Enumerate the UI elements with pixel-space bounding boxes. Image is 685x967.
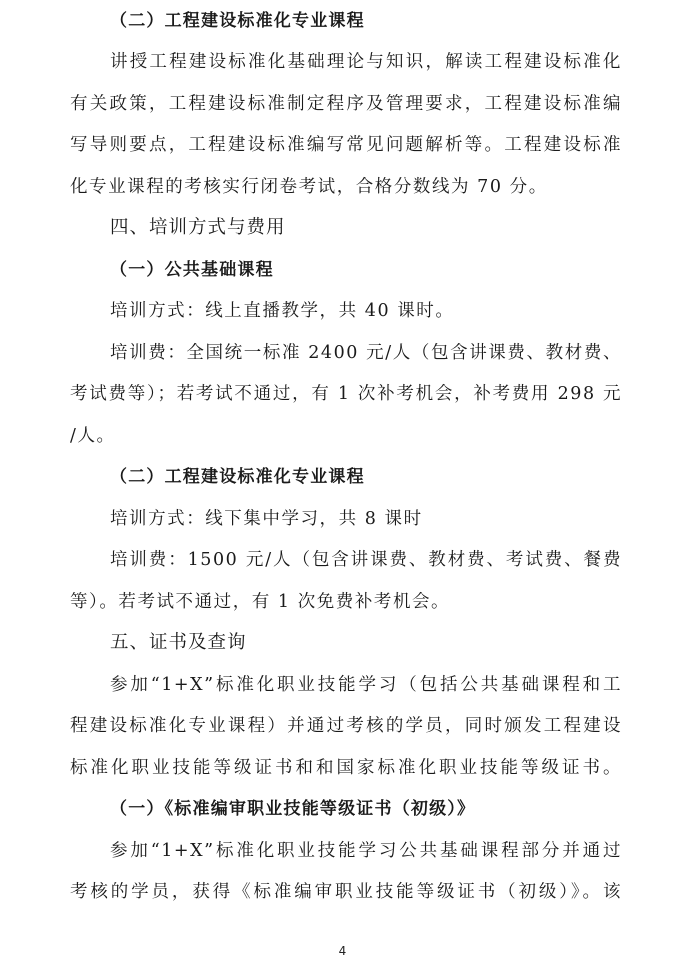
subheading-engineering-course: （二）工程建设标准化专业课程 [110,9,662,33]
paragraph-line: 程建设标准化专业课程）并通过考核的学员，同时颁发工程建设 [70,714,622,738]
paragraph-line: 有关政策，工程建设标准制定程序及管理要求，工程建设标准编 [70,92,622,116]
paragraph-line: 标准化职业技能等级证书和和国家标准化职业技能等级证书。 [70,756,622,780]
subheading-engineering-course: （二）工程建设标准化专业课程 [110,465,662,489]
page-number: 4 [0,944,685,958]
training-method: 培训方式：线下集中学习，共 8 课时 [110,507,622,531]
subheading-public-course: （一）公共基础课程 [110,258,662,282]
training-fee-line: 培训费：全国统一标准 2400 元/人（包含讲课费、教材费、 [110,341,622,365]
subheading-certificate-junior: （一）《标准编审职业技能等级证书（初级）》 [110,797,662,821]
section-heading-certificate: 五、证书及查询 [110,631,622,655]
training-fee-line: 培训费：1500 元/人（包含讲课费、教材费、考试费、餐费 [110,548,622,572]
training-fee-line: 考试费等）；若考试不通过，有 1 次补考机会，补考费用 298 元 [70,382,622,406]
paragraph-line: 参加“1+X”标准化职业技能学习公共基础课程部分并通过 [110,839,622,863]
training-fee-line: 等）。若考试不通过，有 1 次免费补考机会。 [70,590,622,614]
paragraph-line: 参加“1+X”标准化职业技能学习（包括公共基础课程和工 [110,673,622,697]
paragraph-line: 讲授工程建设标准化基础理论与知识，解读工程建设标准化 [110,50,622,74]
paragraph-line: 写导则要点，工程建设标准编写常见问题解析等。工程建设标准 [70,133,622,157]
paragraph-line: 化专业课程的考核实行闭卷考试，合格分数线为 70 分。 [70,175,622,199]
paragraph-line: 考核的学员，获得《标准编审职业技能等级证书（初级）》。该 [70,880,622,904]
training-fee-line: /人。 [70,424,622,448]
section-heading-training: 四、培训方式与费用 [110,216,622,240]
training-method: 培训方式：线上直播教学，共 40 课时。 [110,299,622,323]
